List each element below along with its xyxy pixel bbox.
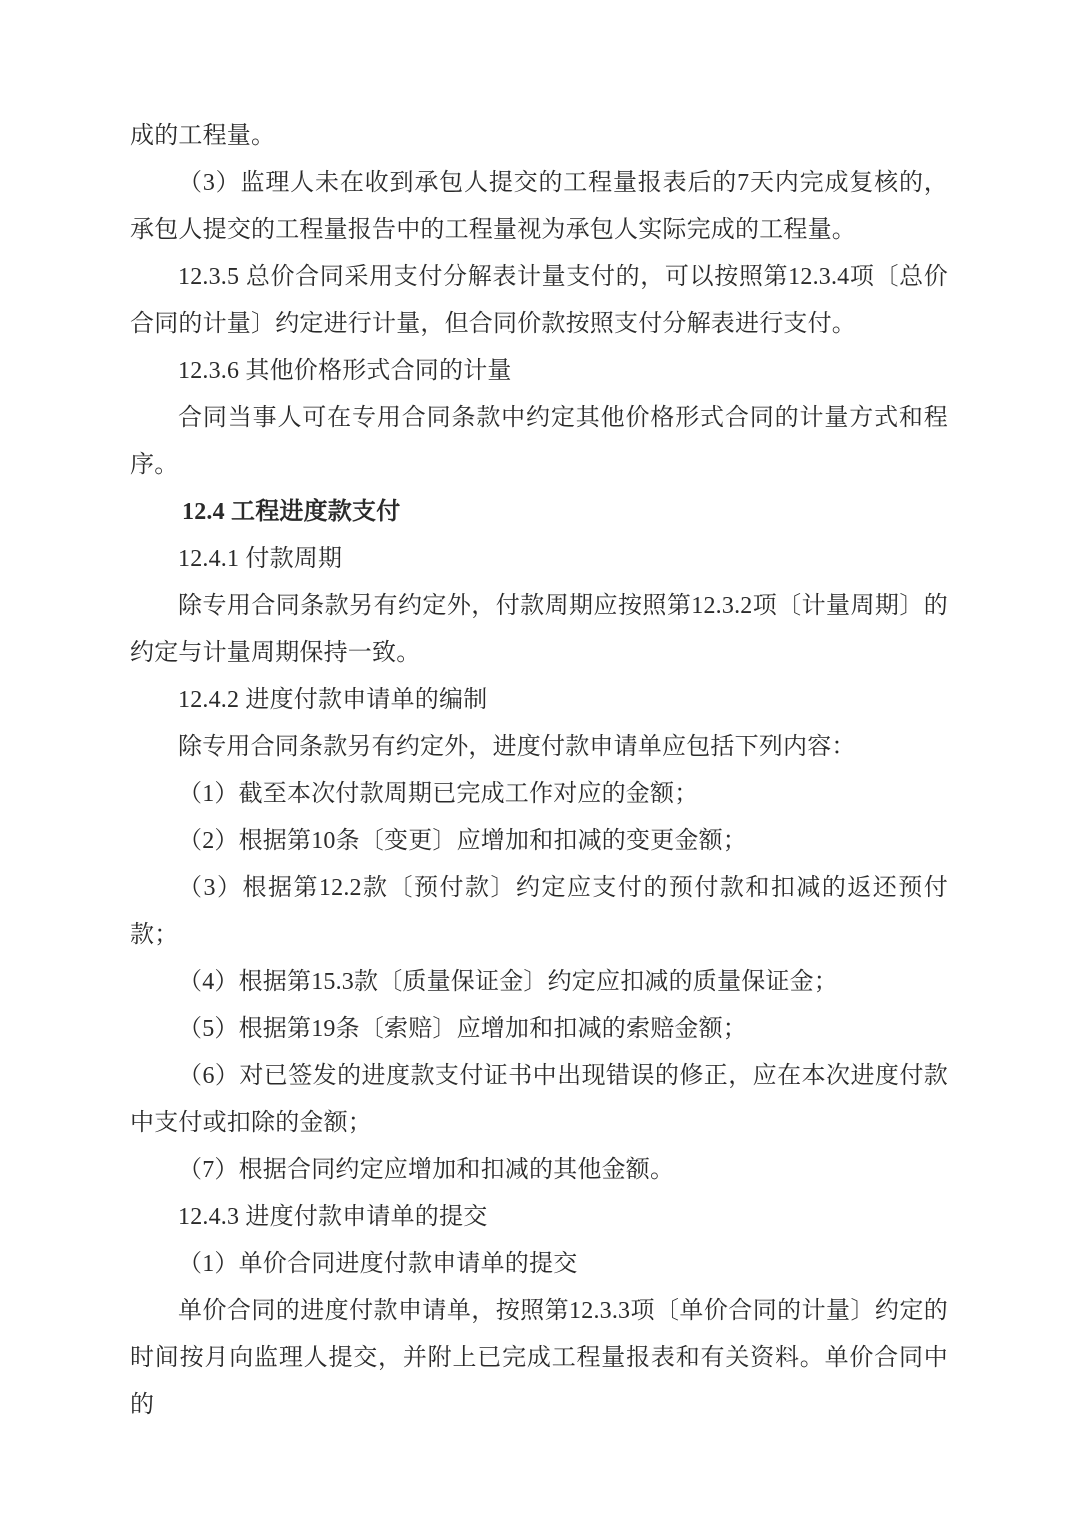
clause-12-4-2-heading: 12.4.2 进度付款申请单的编制 [130, 677, 948, 724]
list-item-2: （2）根据第10条〔变更〕应增加和扣减的变更金额； [130, 818, 948, 865]
list-item-5: （5）根据第19条〔索赔〕应增加和扣减的索赔金额； [130, 1006, 948, 1053]
list-item-1: （1）截至本次付款周期已完成工作对应的金额； [130, 771, 948, 818]
list-item-4: （4）根据第15.3款〔质量保证金〕约定应扣减的质量保证金； [130, 959, 948, 1006]
clause-12-3-5: 12.3.5 总价合同采用支付分解表计量支付的，可以按照第12.3.4项〔总价合… [130, 254, 948, 348]
list-item-3-prior-section: （3）监理人未在收到承包人提交的工程量报表后的7天内完成复核的，承包人提交的工程… [130, 160, 948, 254]
clause-12-4-1-heading: 12.4.1 付款周期 [130, 536, 948, 583]
document-page: 成的工程量。 （3）监理人未在收到承包人提交的工程量报表后的7天内完成复核的，承… [0, 0, 1074, 1520]
list-item-3: （3）根据第12.2款〔预付款〕约定应支付的预付款和扣减的返还预付款； [130, 865, 948, 959]
document-body: 成的工程量。 （3）监理人未在收到承包人提交的工程量报表后的7天内完成复核的，承… [130, 113, 948, 1429]
clause-12-3-6-heading: 12.3.6 其他价格形式合同的计量 [130, 348, 948, 395]
clause-12-4-3-body: 单价合同的进度付款申请单，按照第12.3.3项〔单价合同的计量〕约定的时间按月向… [130, 1288, 948, 1429]
paragraph-continuation: 成的工程量。 [130, 113, 948, 160]
clause-12-4-3-heading: 12.4.3 进度付款申请单的提交 [130, 1194, 948, 1241]
clause-12-3-6-body: 合同当事人可在专用合同条款中约定其他价格形式合同的计量方式和程序。 [130, 395, 948, 489]
list-item-7: （7）根据合同约定应增加和扣减的其他金额。 [130, 1147, 948, 1194]
clause-12-4-1-body: 除专用合同条款另有约定外，付款周期应按照第12.3.2项〔计量周期〕的约定与计量… [130, 583, 948, 677]
section-heading-12-4: 12.4 工程进度款支付 [130, 489, 948, 536]
clause-12-4-2-intro: 除专用合同条款另有约定外，进度付款申请单应包括下列内容： [130, 724, 948, 771]
clause-12-4-3-sub-item-1: （1）单价合同进度付款申请单的提交 [130, 1241, 948, 1288]
list-item-6: （6）对已签发的进度款支付证书中出现错误的修正，应在本次进度付款中支付或扣除的金… [130, 1053, 948, 1147]
